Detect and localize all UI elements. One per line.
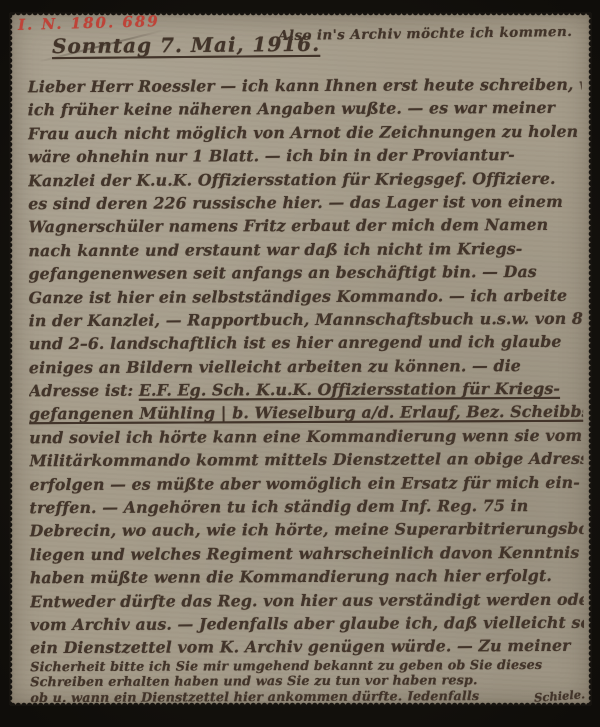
handwriting-line: in der Kanzlei, — Rapportbuch, Mannschaf… [29,307,583,333]
handwriting-text: und soviel ich hörte kann eine Kommandie… [29,426,582,447]
underlined-handwriting: gefangenen Mühling | b. Wieselburg a/d. … [29,402,583,423]
handwriting-text: Schreiben erhalten haben und was Sie zu … [30,674,477,691]
handwriting-text: liegen und welches Regiment wahrscheinli… [30,543,580,564]
underlined-handwriting: ob u. wann [30,691,109,702]
perforation-edge-left [9,13,15,705]
handwriting-text: Militärkommando kommt mittels Dienstzett… [29,449,583,470]
handwriting-line: und soviel ich hörte kann eine Kommandie… [29,424,583,450]
handwriting-line: ich früher keine näheren Angaben wußte. … [28,96,582,122]
handwriting-text: wäre ohnehin nur 1 Blatt. — ich bin in d… [28,145,515,166]
handwriting-line: Ganze ist hier ein selbstständiges Komma… [29,283,583,309]
handwriting-text: ein Dienstzettel vom K. Archiv genügen w… [30,636,571,657]
handwriting-line: es sind deren 226 russische hier. — das … [28,190,582,216]
handwriting-text: ein Dienstzettel hier ankommen dürfte. J… [109,689,479,702]
date-line: Sonntag 7. Mai, 1916. [52,32,320,58]
letter-body: Lieber Herr Roessler — ich kann Ihnen er… [28,73,585,702]
handwriting-line: ein Dienstzettel vom K. Archiv genügen w… [30,634,584,660]
handwriting-line: vom Archiv aus. — Jedenfalls aber glaube… [30,611,584,637]
handwriting-line: ob u. wann ein Dienstzettel hier ankomme… [30,689,584,702]
inventory-number: I. N. 180. 689 [18,12,160,34]
handwriting-line: Adresse ist: E.F. Eg. Sch. K.u.K. Offizi… [29,377,583,403]
letter-card: I. N. 180. 689 Also in's Archiv möchte i… [10,13,591,705]
handwriting-line: haben müßte wenn die Kommandierung nach … [30,564,584,590]
handwriting-text: haben müßte wenn die Kommandierung nach … [30,566,552,587]
handwriting-line: liegen und welches Regiment wahrscheinli… [30,541,584,567]
handwriting-text: Frau auch nicht möglich von Arnot die Ze… [28,121,582,143]
perforation-edge-right [586,13,592,705]
handwriting-line: Wagnerschüler namens Fritz erbaut der mi… [28,213,582,239]
handwriting-text: erfolgen — es müßte aber womöglich ein E… [29,472,580,493]
handwriting-line: Militärkommando kommt mittels Dienstzett… [29,447,583,473]
handwriting-line: Kanzlei der K.u.K. Offiziersstation für … [28,166,582,192]
handwriting-line: nach kannte und erstaunt war daß ich nic… [28,237,582,263]
handwriting-text: Lieber Herr Roessler — ich kann Ihnen er… [28,75,582,97]
signature: Schiele. [534,687,586,705]
handwriting-line: wäre ohnehin nur 1 Blatt. — ich bin in d… [28,143,582,169]
handwriting-line: Debrecin, wo auch, wie ich hörte, meine … [30,517,584,543]
handwriting-line: einiges an Bildern vielleicht arbeiten z… [29,353,583,379]
handwriting-text: gefangenenwesen seit anfangs an beschäft… [28,262,536,283]
scanned-letter-photo: I. N. 180. 689 Also in's Archiv möchte i… [0,0,600,727]
handwriting-text: Kanzlei der K.u.K. Offiziersstation für … [28,168,556,189]
handwriting-line: und 2–6. landschaftlich ist es hier anre… [29,330,583,356]
handwriting-line: gefangenen Mühling | b. Wieselburg a/d. … [29,400,583,426]
handwriting-line: gefangenenwesen seit anfangs an beschäft… [28,260,582,286]
handwriting-text: nach kannte und erstaunt war daß ich nic… [28,239,522,260]
archivist-note: Also in's Archiv möchte ich kommen. [278,24,573,44]
handwriting-line: Lieber Herr Roessler — ich kann Ihnen er… [28,73,582,99]
handwriting-text: ich früher keine näheren Angaben wußte. … [28,98,555,119]
handwriting-text: Adresse ist: [29,381,139,400]
handwriting-line: Entweder dürfte das Reg. von hier aus ve… [30,587,584,613]
handwriting-line: erfolgen — es müßte aber womöglich ein E… [29,470,583,496]
handwriting-text: einiges an Bildern vielleicht arbeiten z… [29,356,521,377]
handwriting-line: Frau auch nicht möglich von Arnot die Ze… [28,120,582,146]
handwriting-text: es sind deren 226 russische hier. — das … [28,192,563,213]
handwriting-text: Wagnerschüler namens Fritz erbaut der mi… [28,215,548,236]
handwriting-text: Ganze ist hier ein selbstständiges Komma… [29,285,568,306]
handwriting-text: Sicherheit bitte ich Sie mir umgehend be… [30,658,542,675]
handwriting-text: in der Kanzlei, — Rapportbuch, Mannschaf… [29,309,583,331]
handwriting-line: Sicherheit bitte ich Sie mir umgehend be… [30,658,584,676]
handwriting-line: treffen. — Angehören tu ich ständig dem … [29,494,583,520]
handwriting-text: treffen. — Angehören tu ich ständig dem … [29,496,528,517]
underlined-handwriting: E.F. Eg. Sch. K.u.K. Offiziersstation fü… [139,379,560,400]
handwriting-text: Entweder dürfte das Reg. von hier aus ve… [30,589,584,610]
handwriting-text: und 2–6. landschaftlich ist es hier anre… [29,332,562,353]
handwriting-text: Debrecin, wo auch, wie ich hörte, meine … [30,519,584,541]
handwriting-text: vom Archiv aus. — Jedenfalls aber glaube… [30,613,584,635]
